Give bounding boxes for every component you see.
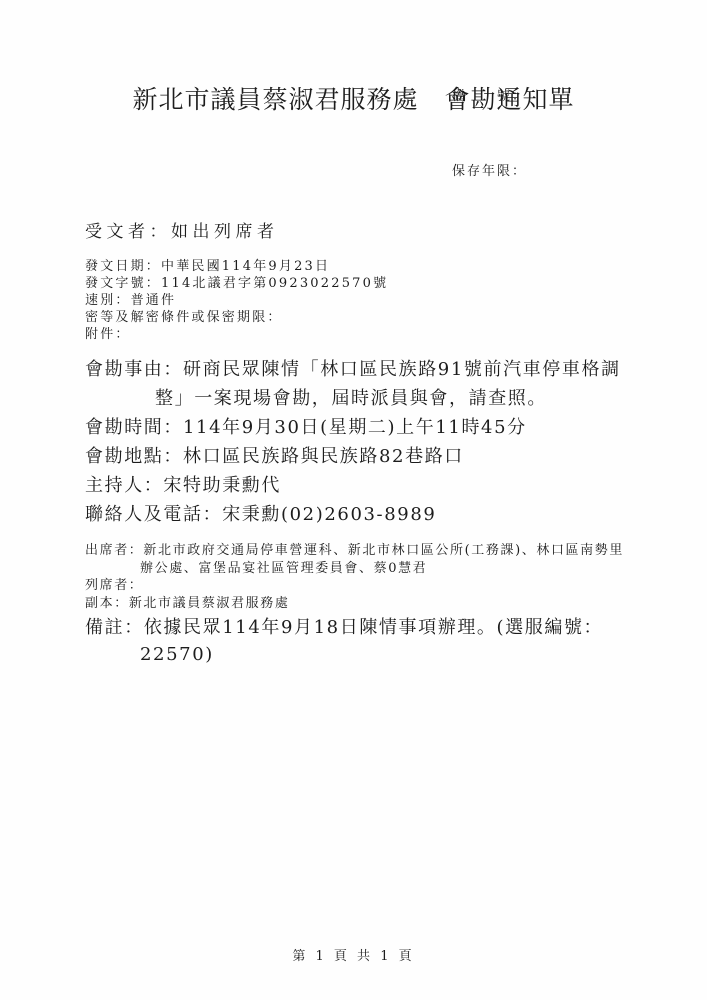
subject-line-1: 會勘事由：研商民眾陳情「林口區民族路91號前汽車停車格調 (85, 355, 647, 384)
attachment-line: 附件： (85, 326, 647, 343)
contact-label: 聯絡人及電話： (85, 504, 222, 525)
recipient-value: 如出列席者 (171, 222, 279, 242)
subject-line-2: 整」一案現場會勘，屆時派員與會，請查照。 (85, 384, 647, 413)
subject-label: 會勘事由： (85, 359, 183, 380)
remark-text-1: 依據民眾114年9月18日陳情事項辦理。(選服編號： (144, 617, 603, 638)
time-value: 114年9月30日(星期二)上午11時45分 (183, 417, 527, 438)
host-line: 主持人：宋特助秉勳代 (85, 471, 647, 500)
issue-date-line: 發文日期：中華民國114年9月23日 (85, 258, 647, 275)
attendees-label: 出席者： (85, 543, 143, 558)
attendee-block: 出席者：新北市政府交通局停車營運科、新北市林口區公所(工務課)、林口區南勢里 辦… (85, 542, 647, 612)
file-number-block: 檔 號： 保存年限： (452, 34, 527, 234)
time-label: 會勘時間： (85, 417, 183, 438)
place-label: 會勘地點： (85, 446, 183, 467)
retention-period-label: 保存年限： (452, 159, 527, 184)
security-class-line: 密等及解密條件或保密期限： (85, 309, 647, 326)
host-value: 宋特助秉勳代 (163, 475, 281, 496)
inspection-place-line: 會勘地點：林口區民族路與民族路82巷路口 (85, 442, 647, 471)
copy-line: 副本：新北市議員蔡淑君服務處 (85, 595, 647, 613)
recipient-line: 受文者：如出列席者 (85, 220, 647, 244)
remark-block: 備註：依據民眾114年9月18日陳情事項辦理。(選服編號： 22570) (85, 614, 647, 668)
doc-number-line: 發文字號：114北議君字第0923022570號 (85, 275, 647, 292)
inspection-fields: 會勘事由：研商民眾陳情「林口區民族路91號前汽車停車格調 整」一案現場會勘，屆時… (85, 355, 647, 529)
place-value: 林口區民族路與民族路82巷路口 (183, 446, 464, 467)
document-title: 新北市議員蔡淑君服務處 會勘通知單 (0, 80, 707, 116)
host-label: 主持人： (85, 475, 163, 496)
document-page: 檔 號： 保存年限： 新北市議員蔡淑君服務處 會勘通知單 受文者：如出列席者 發… (0, 0, 707, 1000)
contact-line: 聯絡人及電話：宋秉勳(02)2603-8989 (85, 500, 647, 529)
remark-line-1: 備註：依據民眾114年9月18日陳情事項辦理。(選服編號： (85, 614, 647, 641)
observers-line: 列席者： (85, 577, 647, 595)
attendees-line-2: 辦公處、富堡品宴社區管理委員會、蔡0慧君 (85, 560, 647, 578)
attendees-text-1: 新北市政府交通局停車營運科、新北市林口區公所(工務課)、林口區南勢里 (143, 543, 624, 558)
recipient-label: 受文者： (85, 222, 171, 242)
inspection-time-line: 會勘時間：114年9月30日(星期二)上午11時45分 (85, 413, 647, 442)
issuance-meta-block: 發文日期：中華民國114年9月23日 發文字號：114北議君字第09230225… (85, 258, 647, 343)
copy-value: 新北市議員蔡淑君服務處 (129, 596, 290, 611)
attendees-line-1: 出席者：新北市政府交通局停車營運科、新北市林口區公所(工務課)、林口區南勢里 (85, 542, 647, 560)
document-body: 受文者：如出列席者 發文日期：中華民國114年9月23日 發文字號：114北議君… (85, 220, 647, 668)
speed-class-line: 速別：普通件 (85, 292, 647, 309)
remark-label: 備註： (85, 617, 144, 638)
copy-label: 副本： (85, 596, 129, 611)
page-number-footer: 第 1 頁 共 1 頁 (0, 945, 707, 964)
remark-line-2: 22570) (85, 641, 647, 668)
subject-text-1: 研商民眾陳情「林口區民族路91號前汽車停車格調 (183, 359, 621, 380)
contact-value: 宋秉勳(02)2603-8989 (222, 504, 436, 525)
